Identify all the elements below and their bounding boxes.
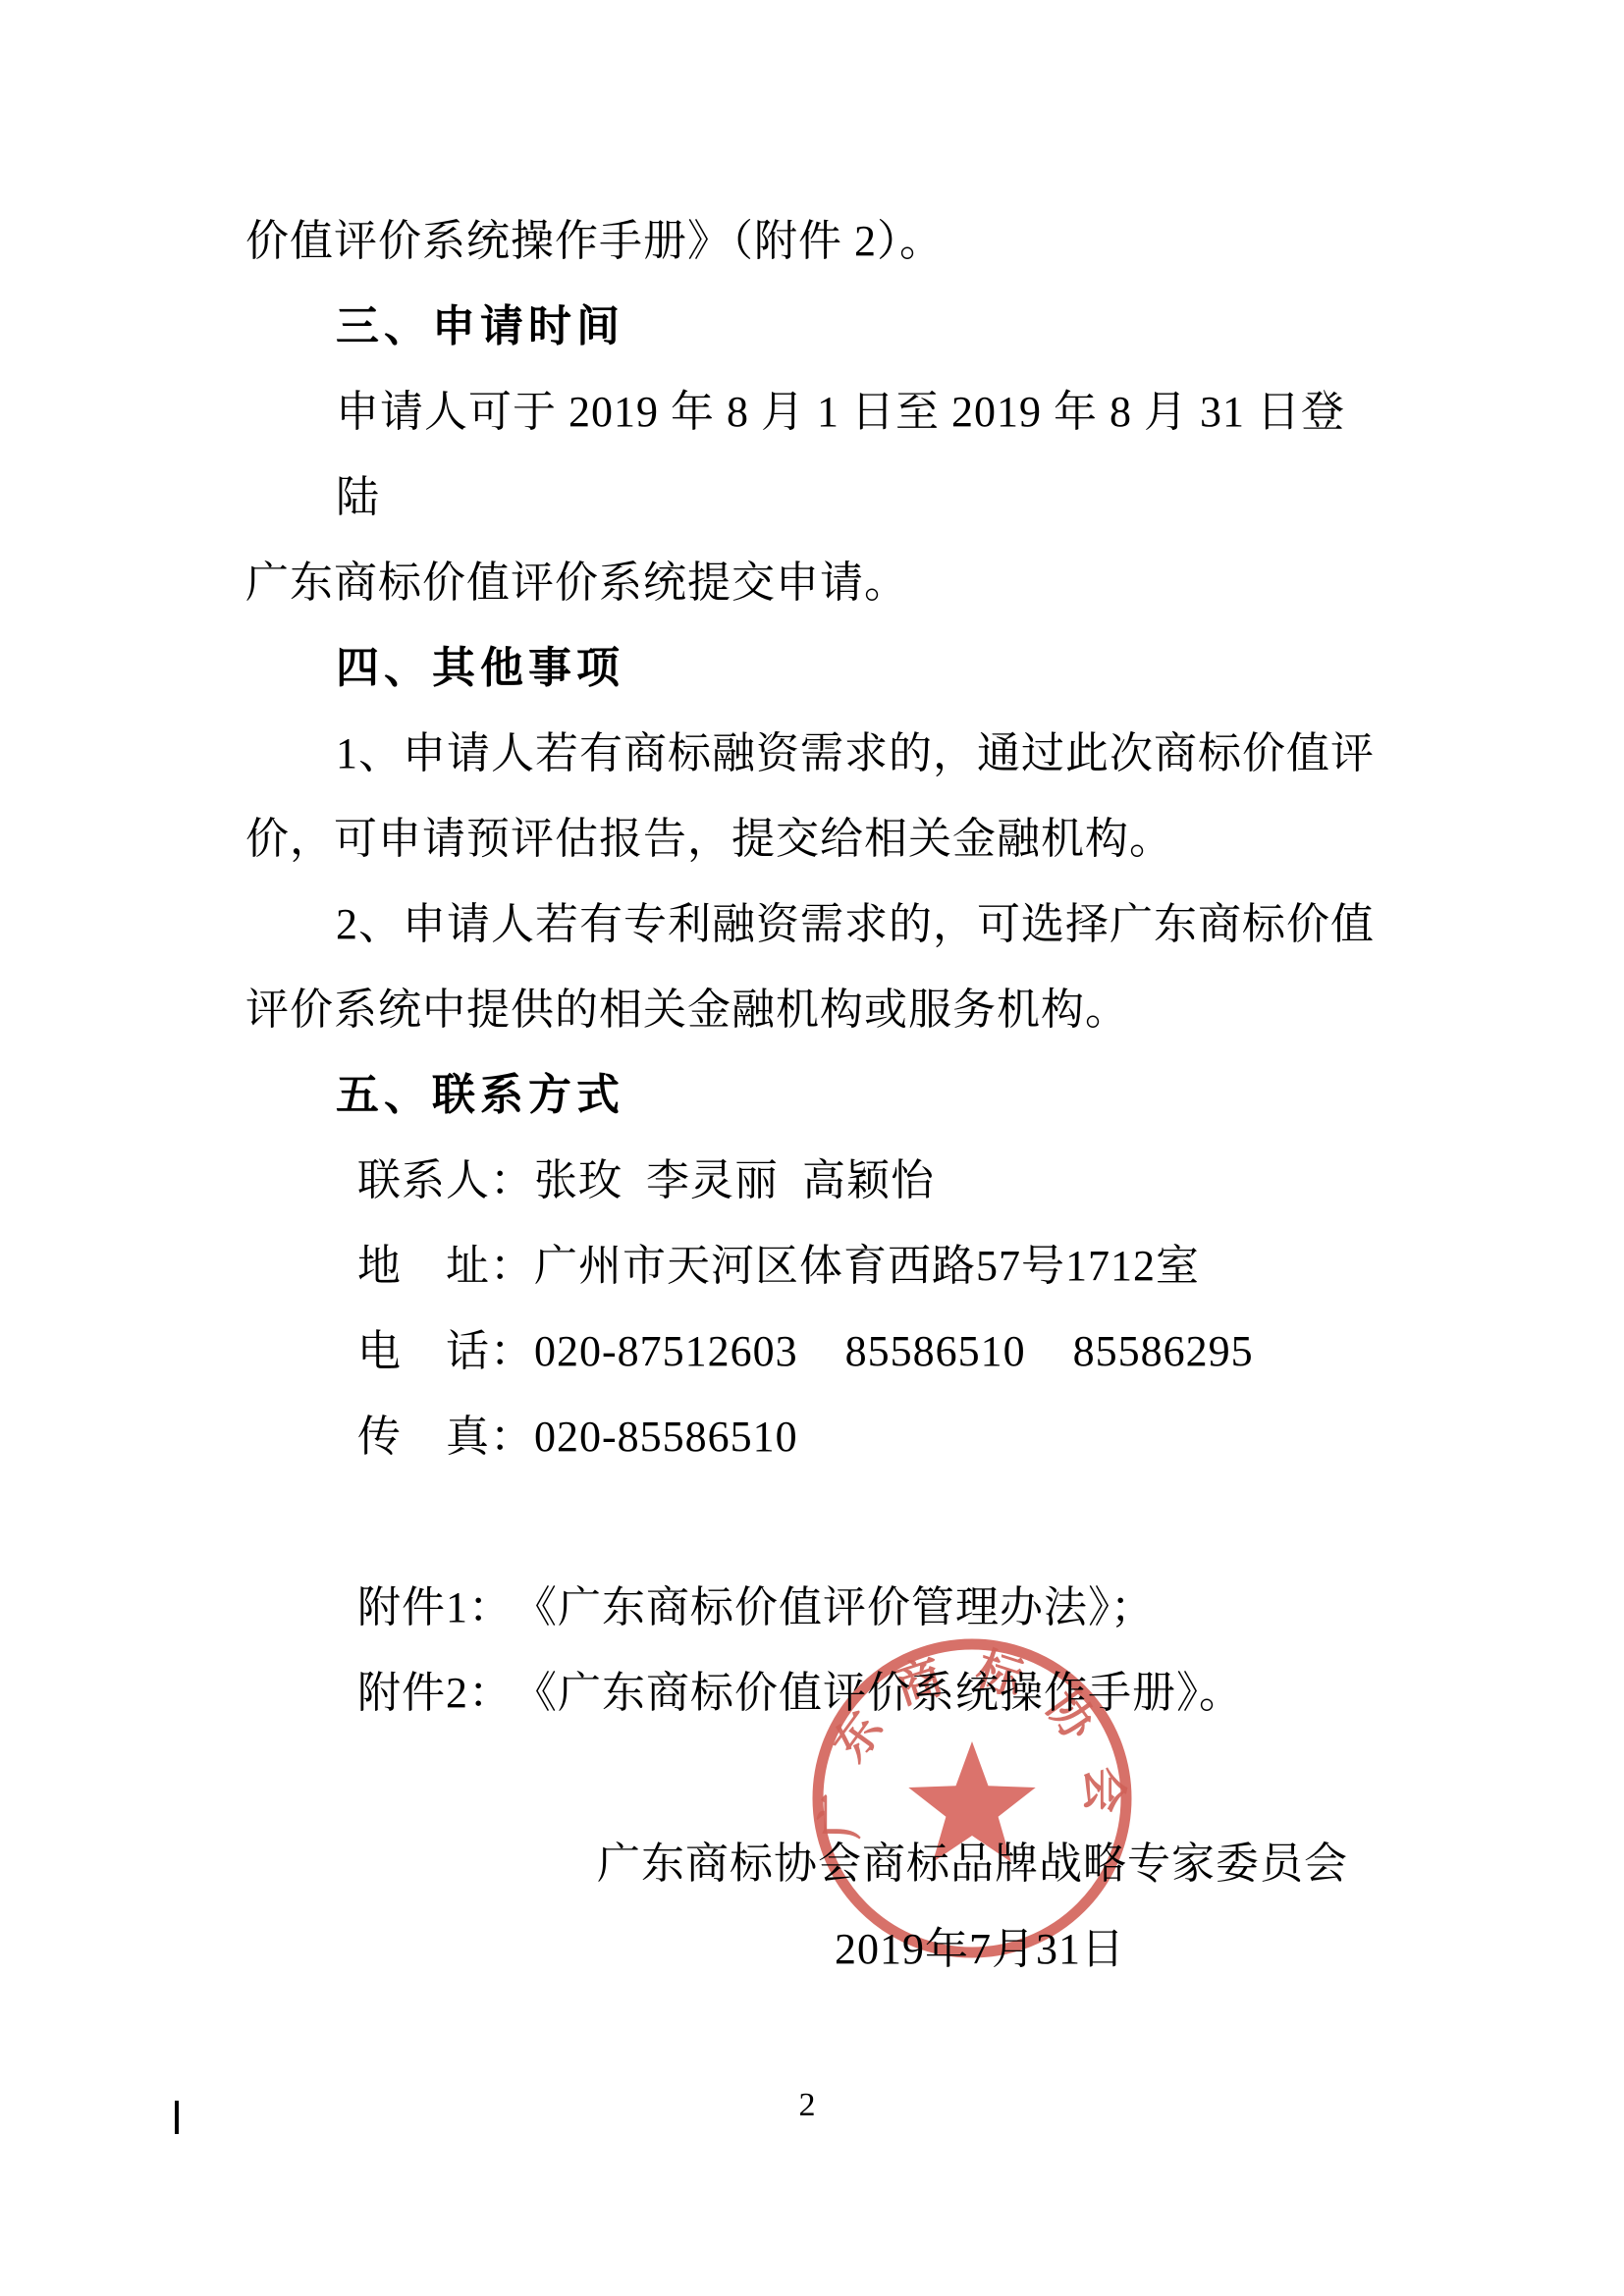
margin-mark bbox=[175, 2101, 179, 2134]
body-line: 广东商标价值评价系统提交申请。 bbox=[245, 540, 1375, 625]
section-heading-5: 五、联系方式 bbox=[245, 1052, 1375, 1138]
body-line: 2、申请人若有专利融资需求的，可选择广东商标价值 bbox=[245, 881, 1375, 967]
section-heading-3: 三、申请时间 bbox=[245, 284, 1375, 369]
body-line: 申请人可于 2019 年 8 月 1 日至 2019 年 8 月 31 日登陆 bbox=[245, 369, 1375, 540]
body-line: 价值评价系统操作手册》（附件 2）。 bbox=[245, 198, 1375, 284]
document-page: 价值评价系统操作手册》（附件 2）。 三、申请时间 申请人可于 2019 年 8… bbox=[0, 0, 1624, 2296]
contact-address-line: 地 址：广州市天河区体育西路57号1712室 bbox=[245, 1223, 1375, 1308]
page-number: 2 bbox=[0, 2087, 1614, 2124]
blank-line bbox=[245, 1479, 1375, 1565]
official-seal: 广东商标协会 bbox=[807, 1633, 1137, 1963]
contact-phone-line: 电 话：020-87512603 85586510 85586295 bbox=[245, 1308, 1375, 1394]
contact-fax-line: 传 真：020-85586510 bbox=[245, 1394, 1375, 1479]
contact-person-line: 联系人：张玫 李灵丽 高颖怡 bbox=[245, 1138, 1375, 1223]
body-line: 评价系统中提供的相关金融机构或服务机构。 bbox=[245, 967, 1375, 1052]
body-line: 1、申请人若有商标融资需求的，通过此次商标价值评 bbox=[245, 711, 1375, 796]
section-heading-4: 四、其他事项 bbox=[245, 625, 1375, 711]
body-line: 价，可申请预评估报告，提交给相关金融机构。 bbox=[245, 796, 1375, 881]
seal-star bbox=[908, 1741, 1035, 1862]
